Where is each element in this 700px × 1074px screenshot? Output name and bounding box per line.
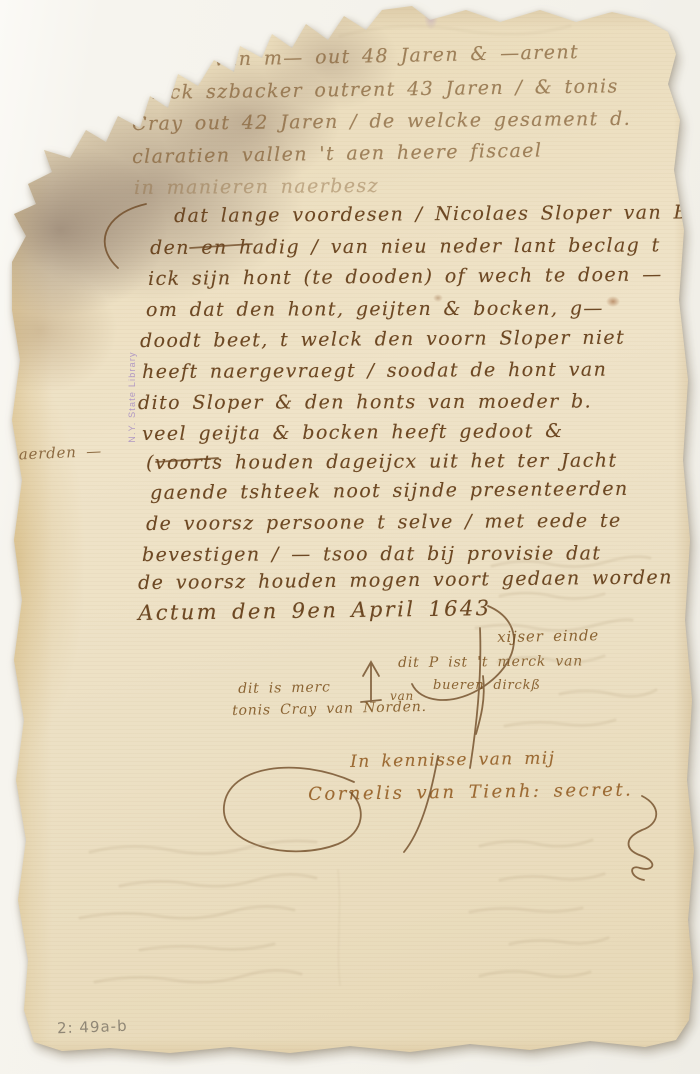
library-stamp: N.Y. State Library [127, 341, 141, 453]
annotation-arrow-note-pre: dit is merc [238, 679, 331, 697]
manuscript-line-5: in manieren naerbesz [134, 175, 379, 199]
signature-line: Cornelis van Tienh: secret. [308, 779, 633, 805]
purple-smudge [424, 4, 438, 30]
margin-note: paerden — [8, 442, 102, 464]
manuscript-line-1: ieter van m— out 48 Jaren & —arent [150, 41, 579, 72]
annotation-p-mark-line1: dit P ist 't merck van [398, 653, 583, 671]
manuscript-line-8: ick sijn hont (te dooden) of wech te doe… [148, 264, 663, 290]
manuscript-line-7: den en hadig / van nieu neder lant becla… [150, 234, 661, 259]
vertical-stroke [470, 628, 480, 768]
manuscript-line-9: om dat den hont, geijten & bocken, g— [146, 297, 604, 321]
manuscript-line-6: dat lange voordesen / Nicolaes Sloper va… [174, 201, 696, 227]
signature-squiggle-flourish [629, 796, 657, 880]
manuscript-line-13: veel geijta & bocken heeft gedoot & [142, 420, 564, 445]
manuscript-line-16: de voorsz persoone t selve / met eede te [146, 510, 622, 535]
manuscript-line-4: claratien vallen 't aen heere fiscael [132, 140, 543, 168]
manuscript-line-10: doodt beet, t welck den voorn Sloper nie… [140, 327, 625, 352]
manuscript-page: ieter van m— out 48 Jaren & —arent dirck… [0, 0, 700, 1074]
ink-stain-spot [606, 296, 620, 307]
manuscript-line-2: dirck szbacker outrent 43 Jaren / & toni… [138, 75, 619, 104]
manuscript-dateline: Actum den 9en April 1643 [138, 596, 492, 625]
up-arrow-mark-icon [361, 662, 381, 702]
signature-loop-flourish [224, 768, 361, 852]
annotation-arrow-note-line2: tonis Cray van Norden. [232, 699, 427, 719]
annotation-p-mark-line2: bueren dirckß [433, 678, 541, 693]
manuscript-line-12: dito Sloper & den honts van moeder b. [138, 390, 592, 414]
manuscript-line-18: de voorsz houden mogen voort gedaen word… [138, 566, 673, 594]
brace-flourish [105, 204, 146, 268]
scan-background: ieter van m— out 48 Jaren & —arent dirck… [0, 0, 700, 1074]
paper-sheet: ieter van m— out 48 Jaren & —arent dirck… [0, 0, 700, 1074]
manuscript-line-15: gaende tshteek noot sijnde presenteerden [150, 478, 629, 504]
attestation-line: In kennisse van mij [350, 748, 556, 772]
verso-show-through [80, 26, 656, 985]
catalog-number: 2: 49a-b [57, 1017, 128, 1037]
manuscript-line-3: Cray out 42 Jaren / de welcke gesament d… [132, 108, 631, 135]
manuscript-line-14: (voorts houden dageijcx uit het ter Jach… [146, 450, 618, 474]
manuscript-line-11: heeft naergevraegt / soodat de hont van [142, 359, 607, 383]
manuscript-line-17: bevestigen / — tsoo dat bij provisie dat [142, 542, 601, 566]
annotation-right-note: xijser einde [497, 626, 599, 646]
